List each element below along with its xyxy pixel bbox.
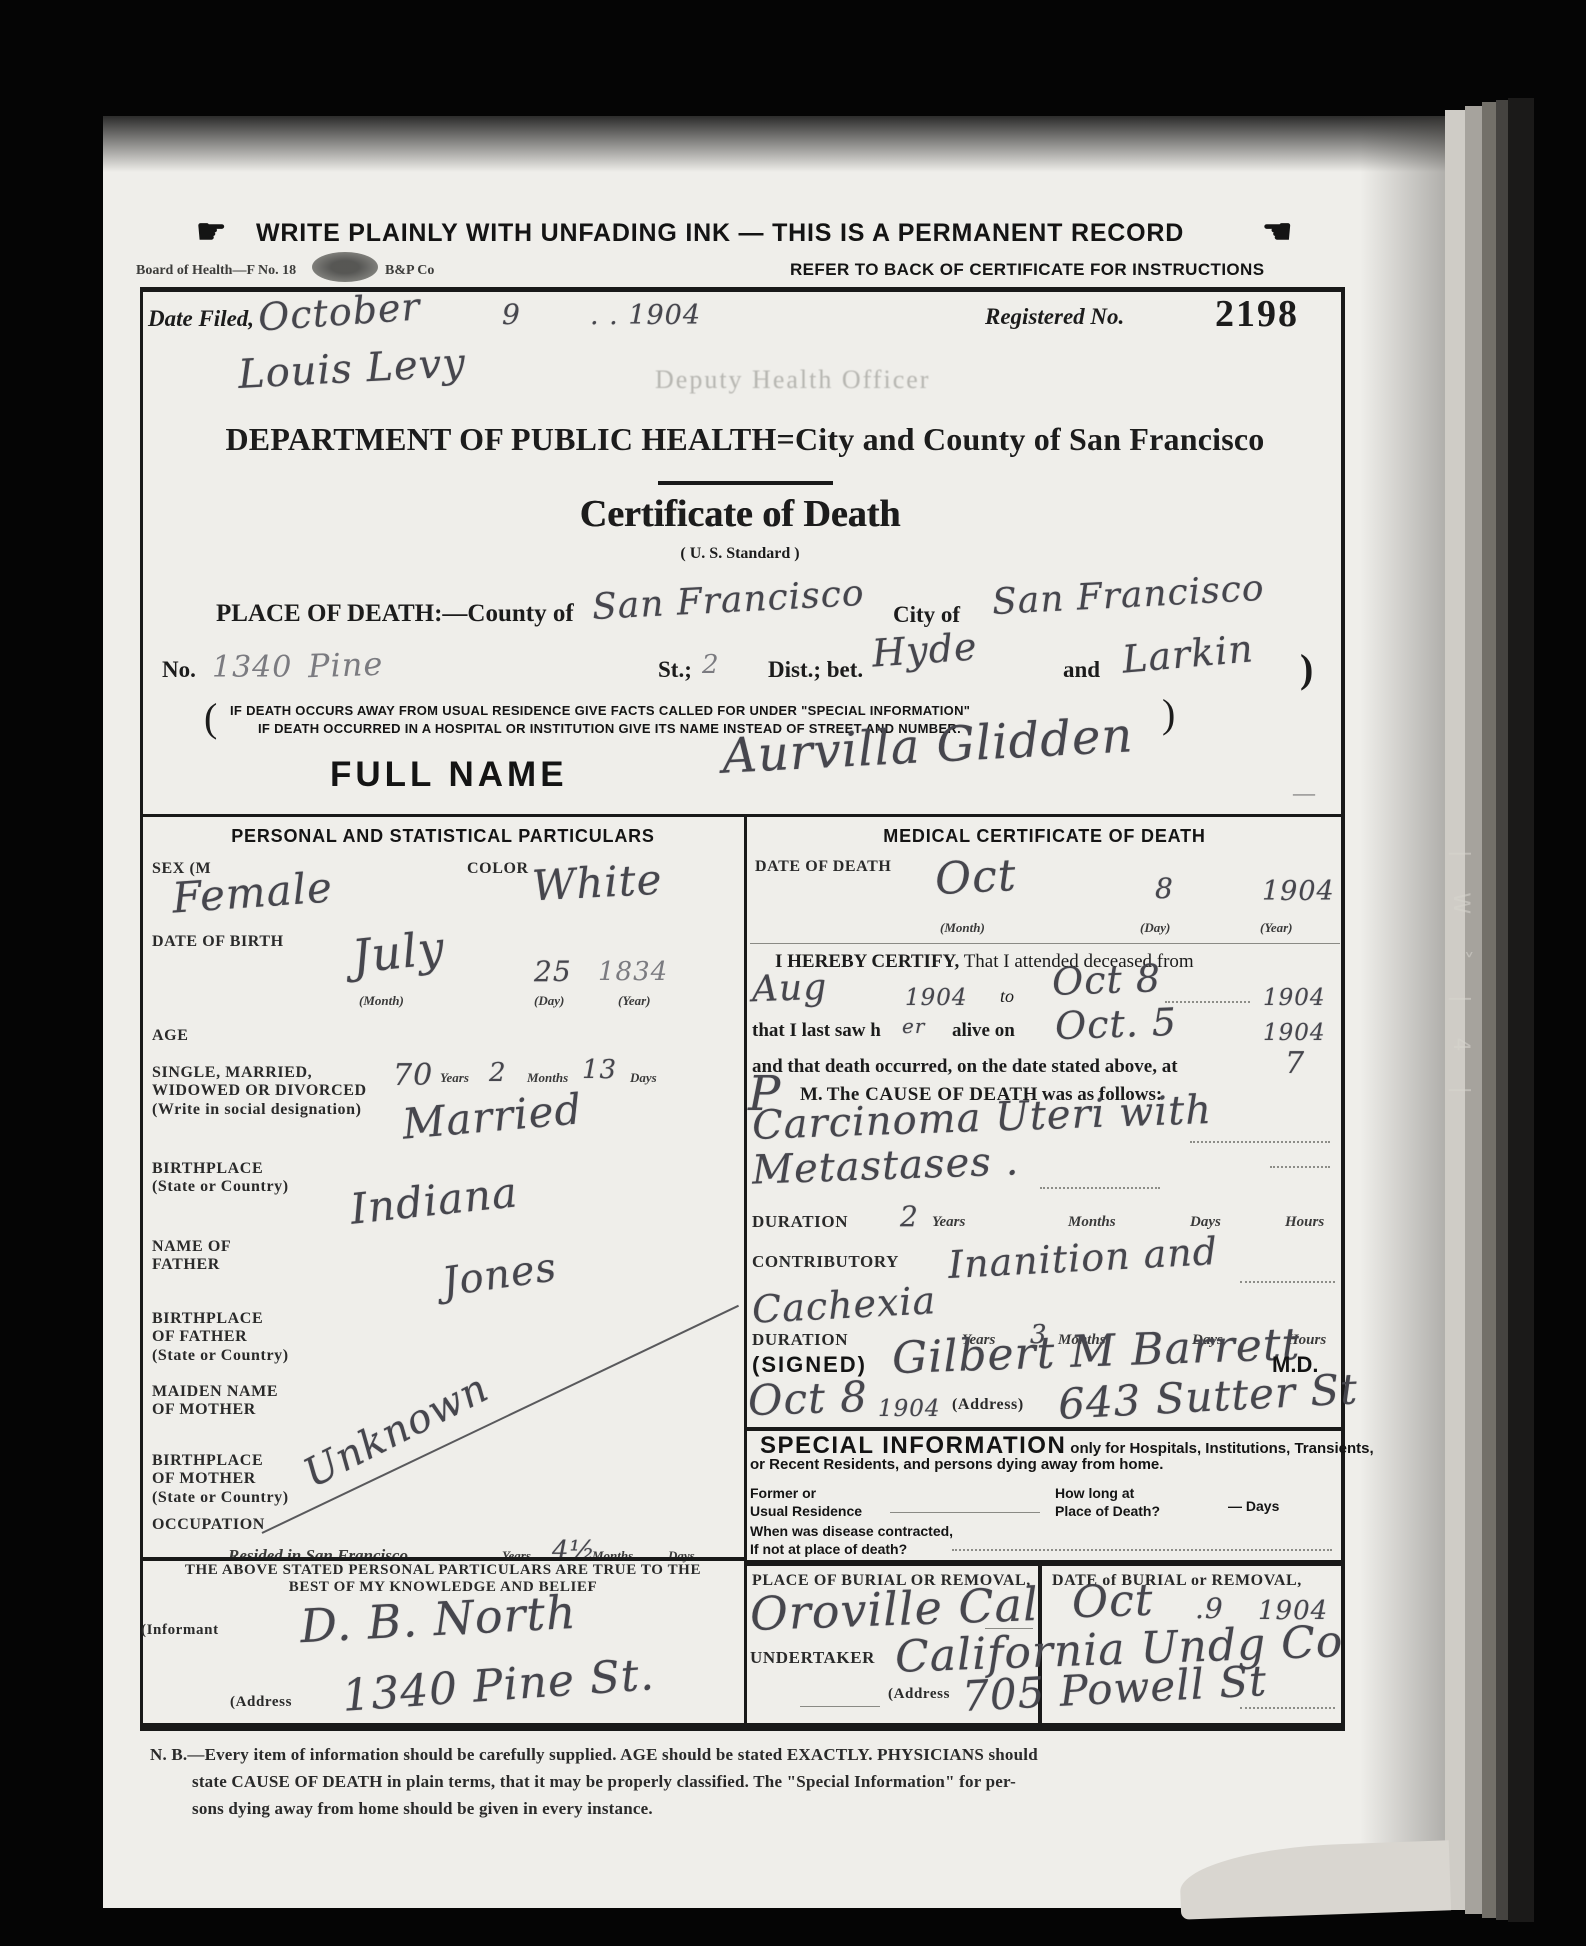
no-label: No. xyxy=(162,657,196,683)
last-saw-label: that I last saw h xyxy=(752,1020,881,1042)
color-label: COLOR xyxy=(467,860,529,878)
clerk-stamp: Deputy Health Officer xyxy=(655,365,930,395)
page-stack-edge xyxy=(1496,100,1508,1920)
date-of-death-label: DATE OF DEATH xyxy=(755,858,891,876)
dotted-fill xyxy=(1240,1706,1335,1709)
dod-day-caption: (Day) xyxy=(1140,920,1170,936)
age-months-caption: Months xyxy=(527,1070,568,1086)
certificate-title: Certificate of Death xyxy=(440,492,1040,536)
note-open-paren: ( xyxy=(204,694,217,741)
date-of-birth-label: DATE OF BIRTH xyxy=(152,933,284,951)
nb-note-line1: N. B.—Every item of information should b… xyxy=(150,1745,1038,1765)
informant-box-top-rule xyxy=(140,1557,747,1561)
fill-line xyxy=(890,1512,1040,1513)
signed-date-handwriting: Oct 8 xyxy=(747,1372,869,1425)
page-top-shadow xyxy=(103,116,1445,172)
dob-month-caption: (Month) xyxy=(359,993,404,1009)
dist-bet-label: Dist.; bet. xyxy=(768,657,863,683)
to-label: to xyxy=(1000,986,1014,1007)
age-label: AGE xyxy=(152,1027,188,1045)
death-hour-handwriting: 7 xyxy=(1285,1046,1305,1081)
full-name-dash: — xyxy=(1293,780,1315,806)
st-label: St.; xyxy=(658,657,692,683)
personal-section-title: PERSONAL AND STATISTICAL PARTICULARS xyxy=(143,826,743,847)
alive-on-label: alive on xyxy=(952,1020,1015,1042)
title-divider-rule xyxy=(658,481,833,485)
dod-year-handwriting: 1904 xyxy=(1262,876,1335,907)
special-info-top-rule xyxy=(747,1427,1341,1431)
burial-box-top-rule xyxy=(747,1560,1341,1566)
nb-note-line2: state CAUSE OF DEATH in plain terms, tha… xyxy=(192,1772,1016,1792)
undertaker-label: UNDERTAKER xyxy=(750,1648,875,1668)
attended-from-handwriting: Aug xyxy=(751,967,828,1011)
special-info-title-suffix: only for Hospitals, Institutions, Transi… xyxy=(1070,1440,1373,1457)
last-saw-date-handwriting: Oct. 5 xyxy=(1054,1000,1178,1048)
signed-address-label: (Address) xyxy=(952,1396,1024,1414)
mother-birthplace-label: BIRTHPLACE OF MOTHER (State or Country) xyxy=(152,1452,289,1507)
marital-status-label: SINGLE, MARRIED, WIDOWED OR DIVORCED (Wr… xyxy=(152,1064,367,1119)
informant-label: (Informant xyxy=(141,1622,219,1639)
attended-to-handwriting: Oct 8 xyxy=(1051,956,1161,1004)
dob-day-handwriting: 25 xyxy=(534,955,572,988)
pointing-hand-right-icon: ☛ xyxy=(196,212,226,252)
last-saw-year-handwriting: 1904 xyxy=(1263,1020,1326,1046)
age-months-handwriting: 2 xyxy=(489,1058,507,1088)
contributory-label: CONTRIBUTORY xyxy=(752,1252,899,1272)
duration1-hours-caption: Hours xyxy=(1285,1214,1324,1231)
page-stack-edge xyxy=(1508,98,1534,1922)
age-years-handwriting: 70 xyxy=(393,1058,433,1093)
duration1-years-caption: Years xyxy=(932,1214,965,1231)
street-name-handwriting: Pine xyxy=(307,645,384,686)
form-number-line: Board of Health—F No. 18 xyxy=(136,263,296,279)
signed-year-handwriting: 1904 xyxy=(878,1396,941,1422)
date-filed-day-handwriting: 9 xyxy=(502,298,521,331)
columns-top-rule xyxy=(140,814,1345,817)
how-long-days-label: — Days xyxy=(1228,1498,1279,1514)
dob-month-handwriting: July xyxy=(349,920,447,983)
former-residence-label: Former or Usual Residence xyxy=(750,1484,862,1520)
dod-row-rule xyxy=(750,943,1340,944)
undertaker-address-label: (Address xyxy=(888,1686,950,1703)
district-handwriting: 2 xyxy=(702,650,720,680)
dod-month-caption: (Month) xyxy=(940,920,985,936)
dotted-fill xyxy=(1270,1165,1330,1168)
dod-month-handwriting: Oct xyxy=(934,850,1018,905)
close-paren-big: ) xyxy=(1300,645,1313,692)
place-of-death-label: PLACE OF DEATH:—County of xyxy=(216,600,574,628)
attended-to-year-handwriting: 1904 xyxy=(1263,985,1326,1011)
department-title: DEPARTMENT OF PUBLIC HEALTH=City and Cou… xyxy=(170,421,1320,458)
color-value-handwriting: White xyxy=(531,855,664,911)
dob-year-handwriting: 1834 xyxy=(598,957,668,987)
death-occurred-label: and that death occurred, on the date sta… xyxy=(752,1056,1178,1078)
form-border-bottom xyxy=(140,1723,1345,1731)
banner-text: WRITE PLAINLY WITH UNFADING INK — THIS I… xyxy=(256,219,1184,248)
between-street-handwriting: Hyde xyxy=(871,624,979,675)
page-right-shadow xyxy=(1360,116,1445,1908)
city-of-label: City of xyxy=(893,602,960,628)
refer-line: REFER TO BACK OF CERTIFICATE FOR INSTRUC… xyxy=(790,260,1264,280)
full-name-label: FULL NAME xyxy=(330,755,568,795)
how-long-label: How long at Place of Death? xyxy=(1055,1484,1160,1520)
burial-date-month-handwriting: Oct xyxy=(1071,1575,1154,1629)
nb-note-line3: sons dying away from home should be give… xyxy=(192,1799,653,1819)
birthplace-label: BIRTHPLACE (State or Country) xyxy=(152,1160,289,1197)
occupation-label: OCCUPATION xyxy=(152,1516,265,1534)
medical-section-title: MEDICAL CERTIFICATE OF DEATH xyxy=(747,826,1342,847)
dotted-fill xyxy=(1165,1000,1250,1003)
scanned-death-certificate: | W ˃ | 4 | ☛ WRITE PLAINLY WITH UNFADIN… xyxy=(0,0,1586,1946)
date-filed-year-handwriting: . . 1904 xyxy=(590,300,701,331)
note-close-paren: ) xyxy=(1162,690,1175,737)
registered-number: 2198 xyxy=(1215,292,1299,336)
fill-line xyxy=(800,1706,880,1707)
duration1-months-caption: Months xyxy=(1068,1214,1116,1231)
form-number-line2: B&P Co xyxy=(385,263,434,279)
ink-stamp-blob xyxy=(312,252,378,282)
form-border-left xyxy=(140,287,143,1731)
dob-day-caption: (Day) xyxy=(534,993,564,1009)
duration1-label: DURATION xyxy=(752,1212,848,1232)
dod-day-handwriting: 8 xyxy=(1155,872,1174,905)
dotted-fill xyxy=(1240,1280,1335,1283)
date-filed-label: Date Filed, xyxy=(148,306,254,332)
pointing-hand-left-icon: ☚ xyxy=(1262,212,1292,252)
special-info-title-line2: or Recent Residents, and persons dying a… xyxy=(750,1456,1163,1473)
column-divider xyxy=(744,814,747,1723)
dotted-fill xyxy=(952,1548,1332,1551)
age-days-handwriting: 13 xyxy=(582,1055,617,1085)
father-birthplace-label: BIRTHPLACE OF FATHER (State or Country) xyxy=(152,1310,289,1365)
house-number-handwriting: 1340 xyxy=(212,650,292,685)
dod-year-caption: (Year) xyxy=(1260,920,1293,936)
page-stack-edge xyxy=(1482,102,1496,1918)
dob-year-caption: (Year) xyxy=(618,993,651,1009)
disease-contracted-label: When was disease contracted, If not at p… xyxy=(750,1522,953,1558)
age-days-caption: Days xyxy=(630,1070,657,1086)
cause-line2-handwriting: Metastases . xyxy=(751,1138,1020,1193)
informant-address-label: (Address xyxy=(230,1694,292,1711)
age-years-caption: Years xyxy=(440,1070,469,1086)
father-name-label: NAME OF FATHER xyxy=(152,1238,231,1275)
attended-from-year-handwriting: 1904 xyxy=(905,985,968,1011)
duration1-years-handwriting: 2 xyxy=(900,1200,919,1233)
mother-name-label: MAIDEN NAME OF MOTHER xyxy=(152,1383,278,1420)
dotted-fill xyxy=(1040,1186,1160,1189)
and-label: and xyxy=(1063,657,1100,683)
certificate-subtitle: ( U. S. Standard ) xyxy=(440,545,1040,563)
duration2-label: DURATION xyxy=(752,1330,848,1350)
margin-marks: | W ˃ | 4 | xyxy=(1448,850,1473,1270)
special-info-title: SPECIAL INFORMATION xyxy=(760,1432,1066,1459)
registered-no-label: Registered No. xyxy=(985,304,1124,330)
last-saw-pronoun-handwriting: er xyxy=(902,1014,925,1038)
dotted-fill xyxy=(1190,1140,1330,1143)
residence-note-line1: IF DEATH OCCURS AWAY FROM USUAL RESIDENC… xyxy=(230,703,970,718)
form-border-right xyxy=(1341,287,1345,1731)
